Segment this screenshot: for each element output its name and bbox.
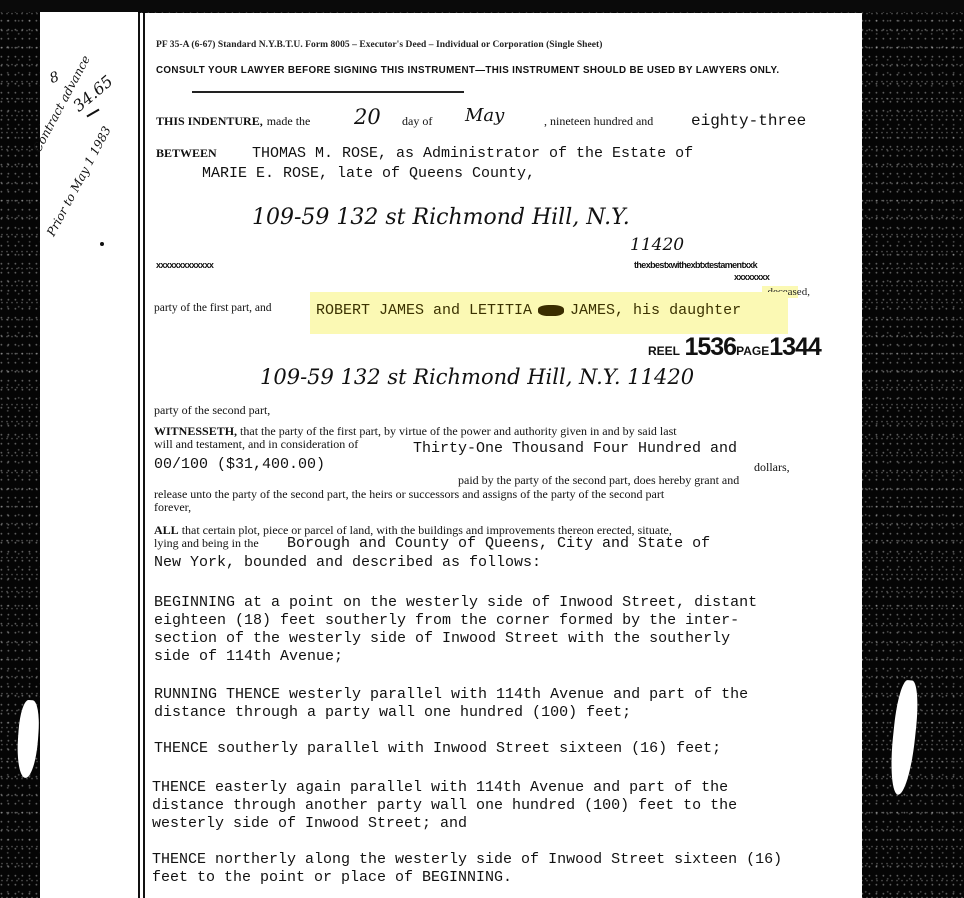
second-party-address: 109-59 132 st Richmond Hill, N.Y. 11420 (260, 365, 694, 389)
header-rule (192, 91, 464, 93)
deed-page: PF 35-A (6-67) Standard N.Y.B.T.U. Form … (138, 13, 862, 898)
witnesseth-label: WITNESSETH, (154, 424, 237, 438)
scan-top-edge (0, 0, 964, 12)
witnesseth-text4: release unto the party of the second par… (154, 487, 664, 502)
description-line: BEGINNING at a point on the westerly sid… (154, 594, 757, 612)
struck-text-right-2: xxxxxxxx (734, 272, 769, 282)
page-number: 1344 (769, 333, 821, 361)
description-line: RUNNING THENCE westerly parallel with 11… (154, 686, 748, 704)
struck-text-left: xxxxxxxxxxxxx (156, 260, 213, 270)
between-line1: THOMAS M. ROSE, as Administrator of the … (252, 145, 693, 162)
all-label: ALL (154, 523, 179, 537)
struck-text-right-1: thexbestxwithexbtxtestamentxxk (634, 260, 757, 270)
reel-number: 1536 (684, 333, 736, 361)
recording-stamp: REEL 1536PAGE1344 (648, 333, 821, 362)
witnesseth-text5: forever, (154, 500, 191, 515)
made-the-text: made the (267, 114, 311, 128)
witnesseth-text2: will and testament, and in consideration… (154, 437, 358, 452)
grantee-names-part2: JAMES, his daughter (570, 302, 741, 319)
reel-label: REEL (648, 344, 680, 358)
description-line: distance through a party wall one hundre… (154, 704, 748, 722)
day-of-text: day of (402, 114, 432, 129)
consideration-numeric: 00/100 ($31,400.00) (154, 456, 325, 473)
description-paragraph-1: BEGINNING at a point on the westerly sid… (154, 594, 757, 666)
description-paragraph-4: THENCE easterly again parallel with 114t… (152, 779, 737, 833)
first-party-zip: 11420 (630, 235, 684, 255)
all-text2: lying and being in the (154, 536, 259, 551)
description-line: westerly side of Inwood Street; and (152, 815, 737, 833)
all-location2: New York, bounded and described as follo… (154, 554, 541, 571)
indenture-year: eighty-three (691, 112, 806, 130)
margin-ink-dot (100, 242, 104, 246)
description-paragraph-2: RUNNING THENCE westerly parallel with 11… (154, 686, 748, 722)
description-line: distance through another party wall one … (152, 797, 737, 815)
second-part-label: party of the second part, (154, 403, 270, 418)
between-label: BETWEEN (156, 146, 217, 161)
first-part-label: party of the first part, and (154, 302, 272, 314)
grantee-names-part1: ROBERT JAMES and LETITIA (316, 302, 532, 319)
form-identifier: PF 35-A (6-67) Standard N.Y.B.T.U. Form … (156, 40, 602, 50)
description-line: side of 114th Avenue; (154, 648, 757, 666)
description-line: section of the westerly side of Inwood S… (154, 630, 757, 648)
description-line: THENCE northerly along the westerly side… (152, 851, 782, 869)
dollars-text: dollars, (754, 460, 790, 475)
redaction-mark (538, 305, 564, 316)
witnesseth-text1: that the party of the first part, by vir… (240, 424, 677, 438)
witnesseth-text3: paid by the party of the second part, do… (458, 473, 739, 488)
all-location1: Borough and County of Queens, City and S… (287, 535, 710, 552)
indenture-label: THIS INDENTURE, (156, 114, 263, 128)
first-party-address: 109-59 132 st Richmond Hill, N.Y. (252, 205, 630, 230)
page-label: PAGE (736, 344, 769, 358)
description-paragraph-5: THENCE northerly along the westerly side… (152, 851, 782, 887)
description-line: THENCE easterly again parallel with 114t… (152, 779, 737, 797)
description-line: feet to the point or place of BEGINNING. (152, 869, 782, 887)
description-paragraph-3: THENCE southerly parallel with Inwood St… (154, 740, 721, 758)
description-line: THENCE southerly parallel with Inwood St… (154, 740, 721, 758)
nineteen-text: , nineteen hundred and (544, 114, 653, 129)
consideration-words: Thirty-One Thousand Four Hundred and (413, 440, 737, 457)
description-line: eighteen (18) feet southerly from the co… (154, 612, 757, 630)
indenture-month: May (465, 105, 504, 126)
lawyer-warning: CONSULT YOUR LAWYER BEFORE SIGNING THIS … (156, 65, 779, 76)
grantee-names: ROBERT JAMES and LETITIAJAMES, his daugh… (316, 302, 741, 319)
indenture-line: THIS INDENTURE, made the (156, 112, 310, 130)
indenture-day: 20 (354, 105, 381, 129)
between-line2: MARIE E. ROSE, late of Queens County, (202, 165, 535, 182)
